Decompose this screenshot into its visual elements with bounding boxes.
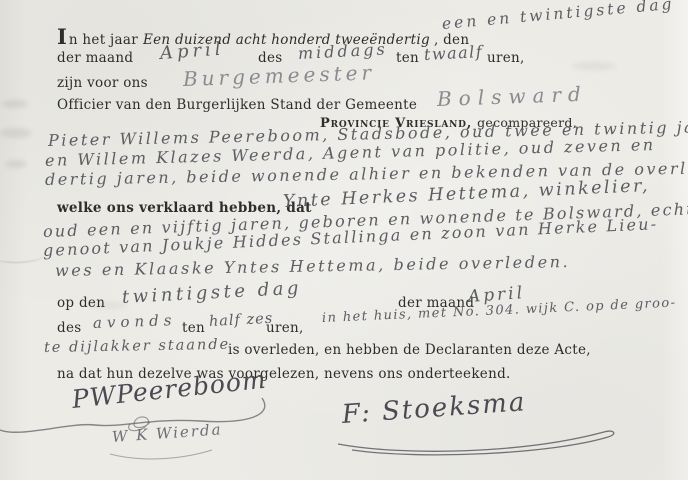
opening-line-1: In het jaarEen duizend acht honderd twee…	[57, 24, 469, 49]
bleed-through-smudge	[5, 160, 27, 168]
signature-flourish-wierda	[100, 448, 220, 468]
handwritten-house-address-2: te dijlakker staande	[44, 337, 230, 356]
bleed-through-smudge	[2, 100, 28, 108]
handwritten-death-hour: half zes	[209, 311, 274, 330]
printed-ten-2: ten	[182, 320, 205, 336]
printed-op-den: op den	[57, 295, 105, 311]
handwritten-death-report-day: een en twintigste dag	[441, 0, 675, 33]
handwritten-gemeente: Bolsward	[437, 82, 589, 111]
printed-uren-2: uren,	[266, 320, 304, 336]
bleed-through-smudge	[572, 62, 616, 70]
handwritten-deceased-detail-3: wes en Klaaske Yntes Hettema, beide over…	[55, 252, 571, 280]
printed-zijn-voor-ons: zijn voor ons	[57, 75, 148, 91]
printed-uren: uren,	[487, 50, 525, 66]
handwritten-hour: twaalf	[424, 42, 484, 64]
scanned-death-record-page: In het jaarEen duizend acht honderd twee…	[0, 0, 688, 480]
printed-der-maand: der maand	[57, 50, 133, 66]
handwritten-official-title: Burgemeester	[183, 60, 376, 91]
printed-officier-gemeente: Officier van den Burgerlijken Stand der …	[57, 97, 417, 113]
dropcap-initial: I	[57, 24, 67, 49]
stray-ink-curve	[0, 246, 44, 263]
printed-is-overleden: is overleden, en hebben de Declaranten d…	[228, 342, 591, 358]
handwritten-death-day: twintigste dag	[121, 278, 302, 308]
bleed-through-smudge	[0, 128, 32, 138]
handwritten-month: April	[159, 39, 225, 64]
printed-des-2: des	[57, 320, 81, 336]
signature-flourish-official	[332, 426, 632, 456]
printed-ten: ten	[396, 50, 419, 66]
signature-official-stoeksma: F: Stoeksma	[341, 387, 527, 430]
printed-in-het-jaar: n het jaar	[69, 32, 138, 48]
handwritten-death-daypart: avonds	[93, 311, 177, 332]
